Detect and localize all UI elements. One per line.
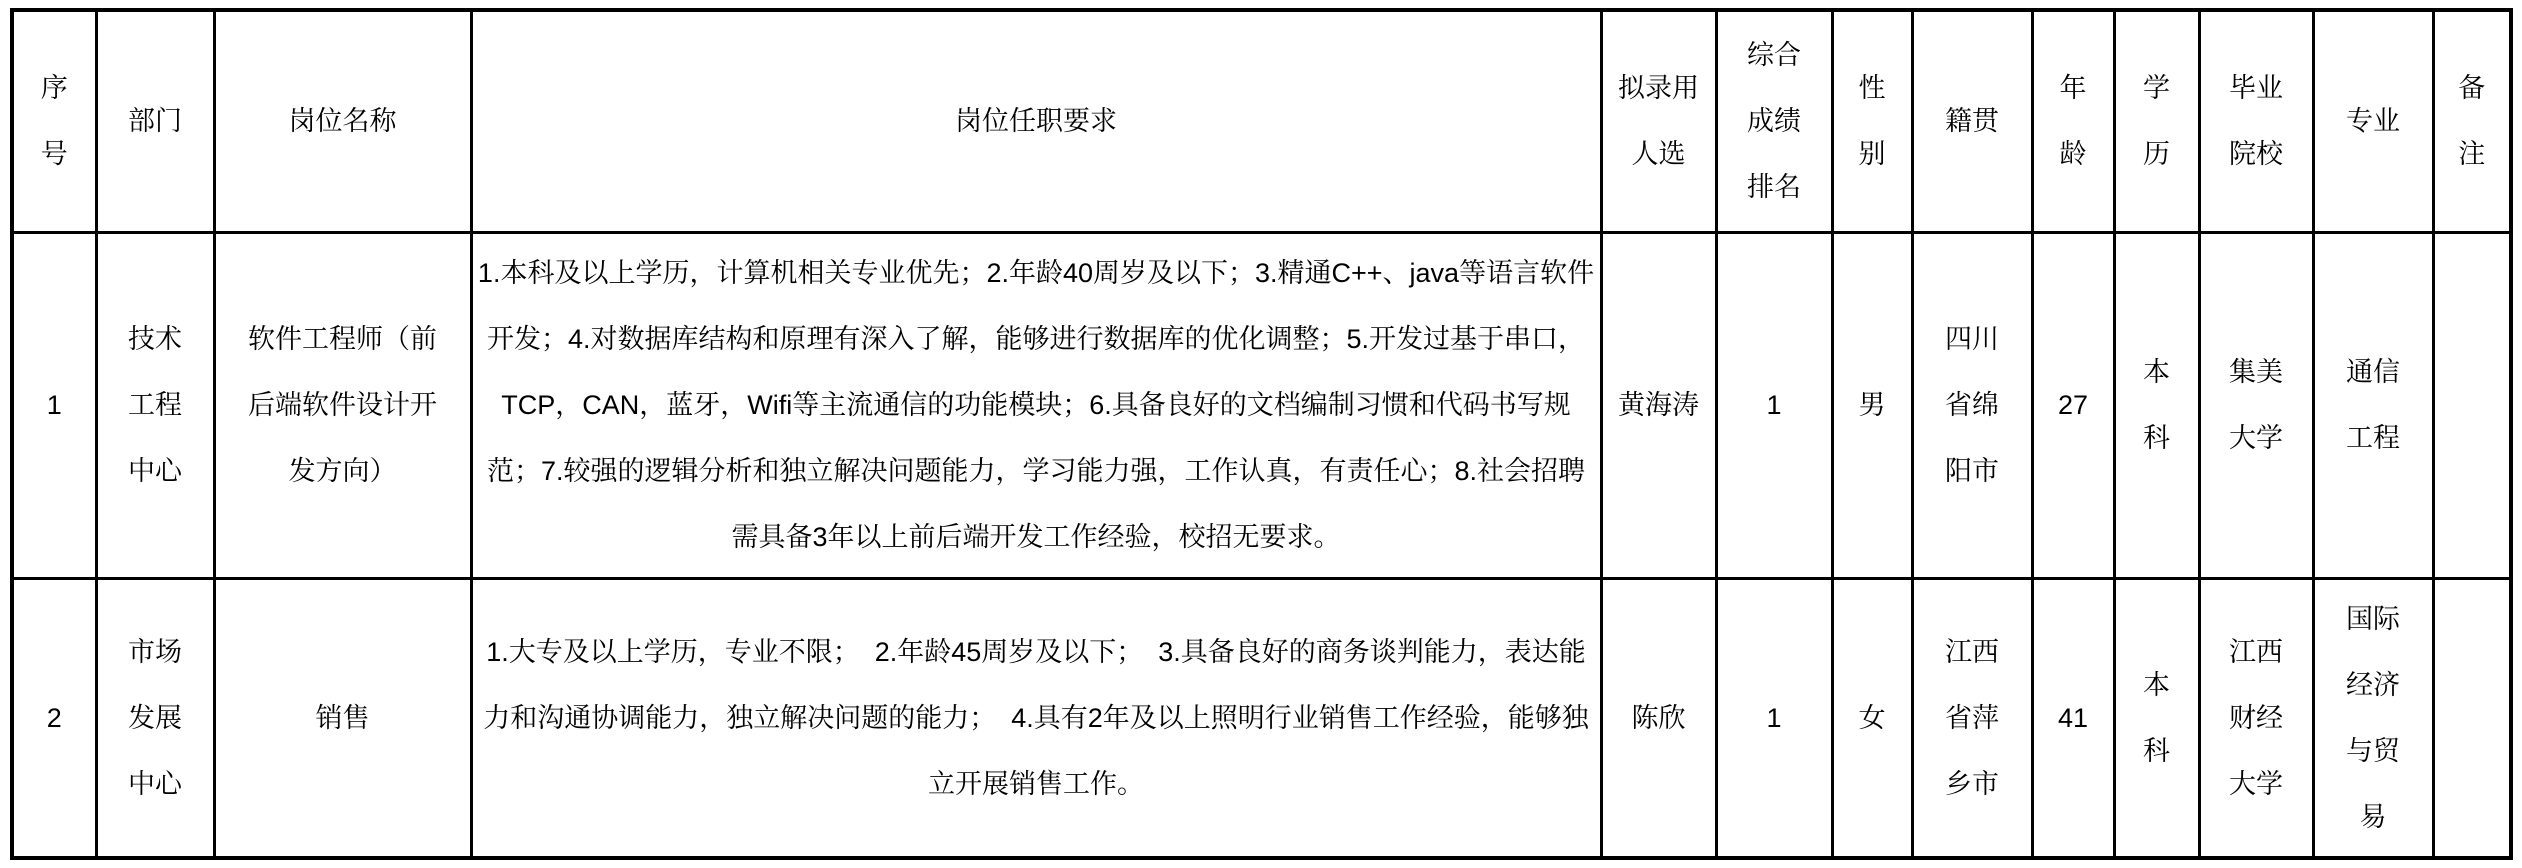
cell-remarks (2433, 578, 2511, 858)
cell-position: 软件工程师（前 后端软件设计开 发方向） (214, 232, 471, 578)
header-cell-school: 毕业 院校 (2199, 10, 2313, 232)
recruitment-table: 序 号 部门 岗位名称 岗位任职要求 拟录用 人选 综合 成绩 排名 性 别 籍… (10, 8, 2513, 860)
header-cell-age: 年 龄 (2032, 10, 2114, 232)
header-cell-major: 专业 (2313, 10, 2433, 232)
header-cell-education: 学 历 (2114, 10, 2199, 232)
cell-requirements: 1.本科及以上学历，计算机相关专业优先；2.年龄40周岁及以下；3.精通C++、… (471, 232, 1601, 578)
cell-department: 市场 发展 中心 (96, 578, 214, 858)
header-cell-department: 部门 (96, 10, 214, 232)
header-cell-rank: 综合 成绩 排名 (1716, 10, 1832, 232)
cell-school: 江西 财经 大学 (2199, 578, 2313, 858)
cell-position: 销售 (214, 578, 471, 858)
cell-rank: 1 (1716, 578, 1832, 858)
cell-gender: 女 (1832, 578, 1912, 858)
cell-hometown: 四川 省绵 阳市 (1912, 232, 2032, 578)
header-cell-candidate: 拟录用 人选 (1601, 10, 1716, 232)
header-cell-gender: 性 别 (1832, 10, 1912, 232)
header-cell-position: 岗位名称 (214, 10, 471, 232)
cell-major: 通信 工程 (2313, 232, 2433, 578)
cell-remarks (2433, 232, 2511, 578)
cell-candidate: 陈欣 (1601, 578, 1716, 858)
cell-index: 1 (12, 232, 96, 578)
cell-school: 集美 大学 (2199, 232, 2313, 578)
header-cell-hometown: 籍贯 (1912, 10, 2032, 232)
cell-education: 本 科 (2114, 232, 2199, 578)
cell-hometown: 江西 省萍 乡市 (1912, 578, 2032, 858)
table-row: 2 市场 发展 中心 销售 1.大专及以上学历，专业不限； 2.年龄45周岁及以… (12, 578, 2511, 858)
table-header-row: 序 号 部门 岗位名称 岗位任职要求 拟录用 人选 综合 成绩 排名 性 别 籍… (12, 10, 2511, 232)
header-cell-requirements: 岗位任职要求 (471, 10, 1601, 232)
document-page: 序 号 部门 岗位名称 岗位任职要求 拟录用 人选 综合 成绩 排名 性 别 籍… (0, 0, 2522, 868)
header-cell-index: 序 号 (12, 10, 96, 232)
cell-department: 技术 工程 中心 (96, 232, 214, 578)
cell-rank: 1 (1716, 232, 1832, 578)
table-row: 1 技术 工程 中心 软件工程师（前 后端软件设计开 发方向） 1.本科及以上学… (12, 232, 2511, 578)
cell-candidate: 黄海涛 (1601, 232, 1716, 578)
cell-age: 27 (2032, 232, 2114, 578)
cell-gender: 男 (1832, 232, 1912, 578)
cell-requirements: 1.大专及以上学历，专业不限； 2.年龄45周岁及以下； 3.具备良好的商务谈判… (471, 578, 1601, 858)
cell-major: 国际 经济 与贸 易 (2313, 578, 2433, 858)
header-cell-remarks: 备 注 (2433, 10, 2511, 232)
cell-age: 41 (2032, 578, 2114, 858)
cell-education: 本 科 (2114, 578, 2199, 858)
cell-index: 2 (12, 578, 96, 858)
